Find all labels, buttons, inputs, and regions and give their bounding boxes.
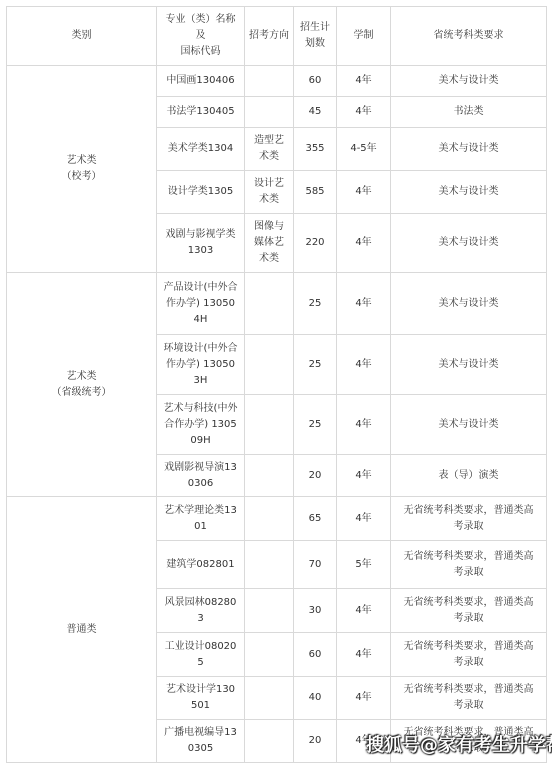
header-major: 专业（类）名称 及 国标代码 <box>157 7 245 66</box>
direction-cell <box>245 455 294 497</box>
quota-cell: 585 <box>294 171 337 214</box>
quota-cell: 30 <box>294 589 337 633</box>
quota-cell: 20 <box>294 455 337 497</box>
table-body: 艺术类 （校考）中国画130406604年美术与设计类书法学130405454年… <box>7 66 547 763</box>
quota-cell: 70 <box>294 541 337 589</box>
major-cell: 艺术设计学130501 <box>157 677 245 720</box>
duration-cell: 4年 <box>337 633 391 677</box>
quota-cell: 45 <box>294 97 337 128</box>
table-row: 艺术类 （省级统考）产品设计(中外合作办学) 130504H254年美术与设计类 <box>7 273 547 335</box>
duration-cell: 4年 <box>337 171 391 214</box>
major-cell: 工业设计080205 <box>157 633 245 677</box>
direction-cell <box>245 335 294 395</box>
direction-cell <box>245 66 294 97</box>
quota-cell: 40 <box>294 677 337 720</box>
duration-cell: 4年 <box>337 395 391 455</box>
table-row: 普通类艺术学理论类1301654年无省统考科类要求，普通类高考录取 <box>7 497 547 541</box>
header-row: 类别 专业（类）名称 及 国标代码 招考方向 招生计划数 学制 省统考科类要求 <box>7 7 547 66</box>
category-cell: 艺术类 （省级统考） <box>7 273 157 497</box>
quota-cell: 25 <box>294 273 337 335</box>
major-cell: 戏剧与影视学类1303 <box>157 214 245 273</box>
admissions-table: 类别 专业（类）名称 及 国标代码 招考方向 招生计划数 学制 省统考科类要求 … <box>6 6 547 763</box>
duration-cell: 4年 <box>337 677 391 720</box>
requirement-cell: 书法类 <box>391 97 547 128</box>
duration-cell: 4年 <box>337 66 391 97</box>
major-cell: 设计学类1305 <box>157 171 245 214</box>
header-requirement: 省统考科类要求 <box>391 7 547 66</box>
requirement-cell: 无省统考科类要求，普通类高考录取 <box>391 677 547 720</box>
requirement-cell: 美术与设计类 <box>391 273 547 335</box>
quota-cell: 65 <box>294 497 337 541</box>
requirement-cell: 美术与设计类 <box>391 335 547 395</box>
major-cell: 中国画130406 <box>157 66 245 97</box>
major-cell: 风景园林082803 <box>157 589 245 633</box>
duration-cell: 4年 <box>337 97 391 128</box>
direction-cell <box>245 497 294 541</box>
quota-cell: 25 <box>294 335 337 395</box>
table-row: 艺术类 （校考）中国画130406604年美术与设计类 <box>7 66 547 97</box>
direction-cell <box>245 273 294 335</box>
major-cell: 环境设计(中外合作办学) 130503H <box>157 335 245 395</box>
major-cell: 书法学130405 <box>157 97 245 128</box>
requirement-cell: 美术与设计类 <box>391 214 547 273</box>
duration-cell: 4年 <box>337 589 391 633</box>
requirement-cell: 美术与设计类 <box>391 171 547 214</box>
requirement-cell: 美术与设计类 <box>391 395 547 455</box>
major-cell: 广播电视编导130305 <box>157 720 245 763</box>
major-cell: 艺术学理论类1301 <box>157 497 245 541</box>
header-quota: 招生计划数 <box>294 7 337 66</box>
duration-cell: 5年 <box>337 541 391 589</box>
requirement-cell: 美术与设计类 <box>391 128 547 171</box>
quota-cell: 25 <box>294 395 337 455</box>
duration-cell: 4-5年 <box>337 128 391 171</box>
requirement-cell: 无省统考科类要求，普通类高考录取 <box>391 497 547 541</box>
requirement-cell: 美术与设计类 <box>391 66 547 97</box>
header-direction: 招考方向 <box>245 7 294 66</box>
quota-cell: 220 <box>294 214 337 273</box>
quota-cell: 355 <box>294 128 337 171</box>
duration-cell: 4年 <box>337 497 391 541</box>
major-cell: 美术学类1304 <box>157 128 245 171</box>
direction-cell <box>245 677 294 720</box>
header-category: 类别 <box>7 7 157 66</box>
quota-cell: 20 <box>294 720 337 763</box>
direction-cell <box>245 633 294 677</box>
duration-cell: 4年 <box>337 455 391 497</box>
major-cell: 产品设计(中外合作办学) 130504H <box>157 273 245 335</box>
quota-cell: 60 <box>294 633 337 677</box>
duration-cell: 4年 <box>337 214 391 273</box>
direction-cell: 设计艺术类 <box>245 171 294 214</box>
requirement-cell: 无省统考科类要求，普通类高考录取 <box>391 589 547 633</box>
header-duration: 学制 <box>337 7 391 66</box>
quota-cell: 60 <box>294 66 337 97</box>
direction-cell: 图像与媒体艺术类 <box>245 214 294 273</box>
direction-cell: 造型艺术类 <box>245 128 294 171</box>
major-cell: 建筑学082801 <box>157 541 245 589</box>
direction-cell <box>245 395 294 455</box>
category-cell: 艺术类 （校考） <box>7 66 157 273</box>
requirement-cell: 无省统考科类要求，普通类高考录取 <box>391 633 547 677</box>
major-cell: 戏剧影视导演130306 <box>157 455 245 497</box>
duration-cell: 4年 <box>337 335 391 395</box>
direction-cell <box>245 541 294 589</box>
direction-cell <box>245 720 294 763</box>
direction-cell <box>245 97 294 128</box>
category-cell: 普通类 <box>7 497 157 763</box>
major-cell: 艺术与科技(中外合作办学) 130509H <box>157 395 245 455</box>
direction-cell <box>245 589 294 633</box>
duration-cell: 4年 <box>337 273 391 335</box>
watermark: 搜狐号@家有考生升学帮 <box>366 731 552 757</box>
requirement-cell: 表（导）演类 <box>391 455 547 497</box>
requirement-cell: 无省统考科类要求，普通类高考录取 <box>391 541 547 589</box>
